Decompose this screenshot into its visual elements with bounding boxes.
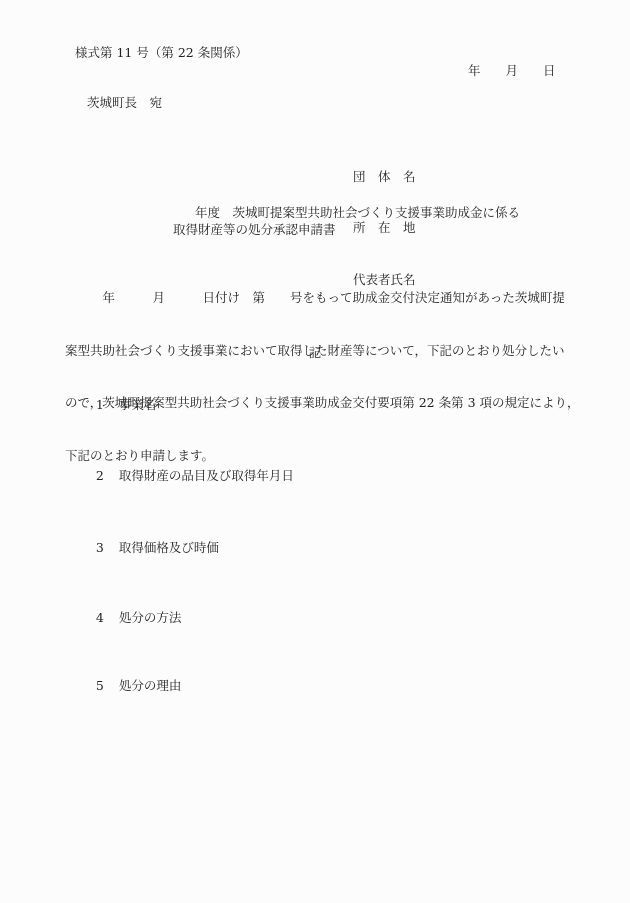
body-line-1: 年 月 日付け 第 号をもって助成金交付決定通知があった茨城町提 [65,289,580,307]
item-number: 2 [96,467,119,485]
item-number: 4 [96,609,119,627]
item-label: 事業名 [119,397,157,412]
applicant-org-name-label: 団 体 名 [353,168,416,185]
record-marker: 記 [0,344,630,362]
item-number: 5 [96,677,119,695]
document-page: 様式第 11 号（第 22 条関係） 年 月 日 茨城町長 宛 団 体 名 所 … [0,0,630,903]
item-business-name: 1事業名 [80,378,156,432]
applicant-address-label: 所 在 地 [353,219,416,236]
form-number: 様式第 11 号（第 22 条関係） [75,44,248,62]
item-acquisition-price: 3取得価格及び時価 [80,521,219,575]
item-disposal-method: 4処分の方法 [80,591,181,645]
item-label: 処分の方法 [119,610,182,625]
item-number: 3 [96,539,119,557]
item-label: 取得価格及び時価 [119,540,219,555]
document-title-line-2: 取得財産等の処分承認申請書 [173,221,336,239]
item-disposal-reason: 5処分の理由 [80,659,181,713]
item-number: 1 [96,396,119,414]
item-label: 取得財産の品目及び取得年月日 [119,468,294,483]
item-acquired-property: 2取得財産の品目及び取得年月日 [80,449,294,503]
addressee-line: 茨城町長 宛 [87,94,162,112]
date-blank-line: 年 月 日 [468,62,556,80]
item-label: 処分の理由 [119,678,182,693]
document-title-line-1: 年度 茨城町提案型共助社会づくり支援事業助成金に係る [195,204,520,222]
